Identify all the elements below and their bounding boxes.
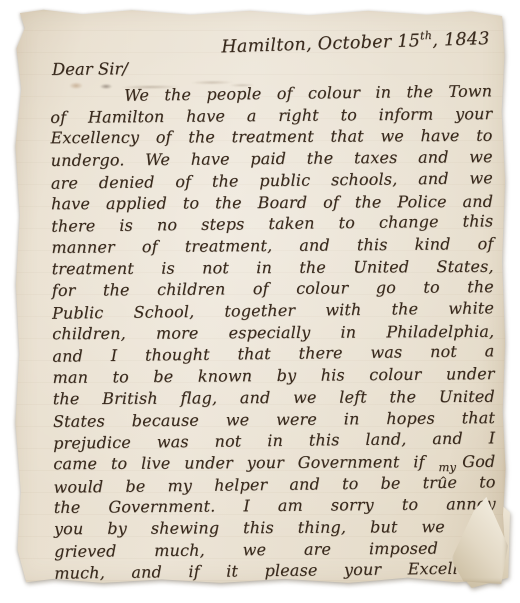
- letter-line: manner of treatment, and this kind of: [51, 233, 493, 259]
- letter-line: much, and if it please your Excellency: [54, 558, 496, 585]
- insertion-line-pre: came to live under your Government if: [53, 452, 424, 473]
- dateline-place-day: Hamilton, October 15: [221, 31, 420, 57]
- dateline-year: , 1843: [432, 29, 490, 51]
- letter-line: you by shewing this thing, but we are: [54, 516, 496, 540]
- dateline-ordinal-suffix: th: [420, 29, 433, 42]
- letter-paper: Hamilton, October 15th, 1843 Dear Sir/ W…: [14, 8, 506, 584]
- letter-body: We the people of colour in the Town of H…: [50, 81, 496, 584]
- scanned-letter-page: Hamilton, October 15th, 1843 Dear Sir/ W…: [0, 0, 520, 603]
- letter-line: Excellency of the treatment that we have…: [50, 125, 492, 149]
- letter-line: man to be known by his colour under: [53, 363, 495, 389]
- insertion-line-post: God: [462, 452, 495, 471]
- letter-line: the British flag, and we left the United: [53, 386, 495, 410]
- letter-content: Hamilton, October 15th, 1843 Dear Sir/ W…: [50, 24, 497, 584]
- paper-stack: Hamilton, October 15th, 1843 Dear Sir/ W…: [0, 0, 520, 603]
- letter-line: treatment is not in the United States,: [52, 255, 494, 279]
